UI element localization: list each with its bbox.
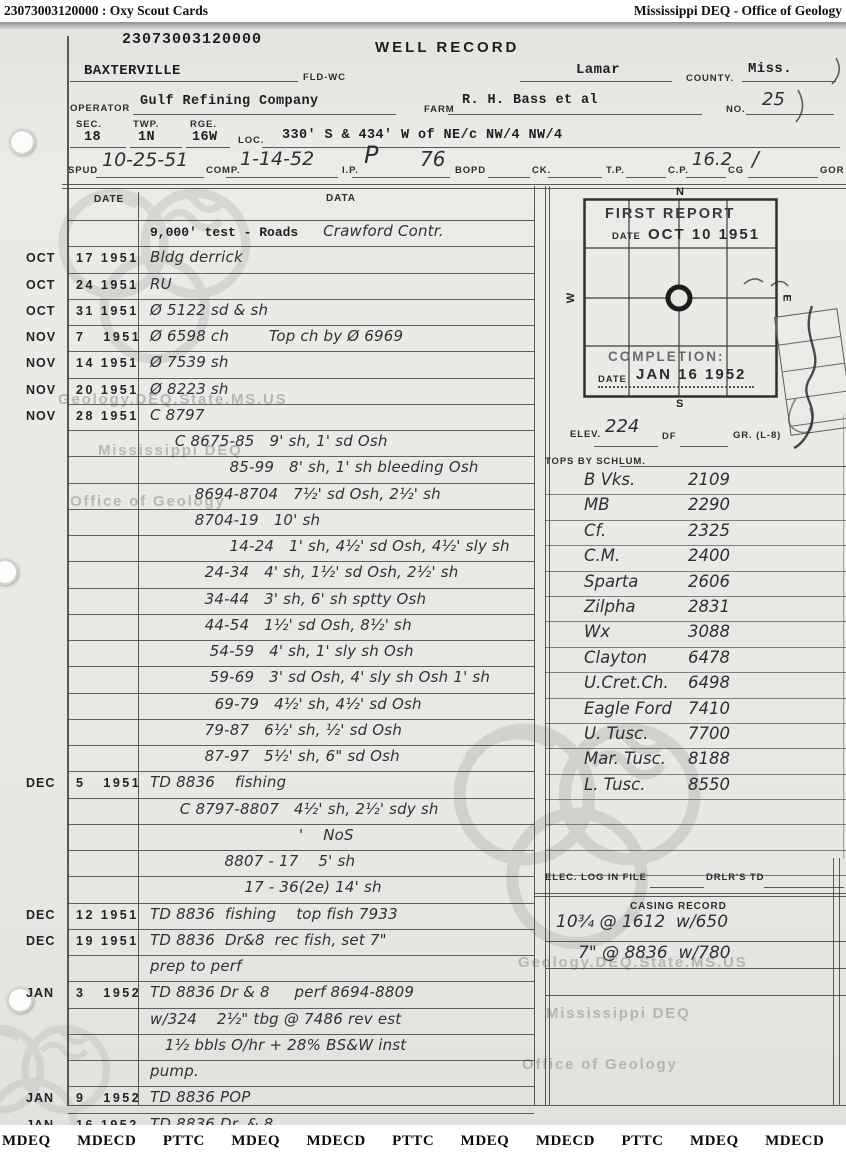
log-handwritten-text: TD 8836 fishing top fish 7933 [150,905,398,923]
formation-depth: 2109 [688,470,730,489]
ip-value: P [364,142,378,168]
log-month: JAN [26,986,76,1000]
first-report-date-label: DATE [612,231,641,242]
log-day-year: 5 1951 [76,776,141,790]
log-entry: TD 8836 Dr&8 rec fish, set 7" [150,930,534,950]
rule-line [96,177,204,178]
log-entry: 87-97 5½' sh, 6" sd Osh [150,746,534,766]
rule-line [546,995,846,996]
county-value: Lamar [576,62,620,78]
log-entry: RU [150,274,534,294]
first-report-stamp: FIRST REPORT [605,206,735,222]
log-handwritten-text: TD 8836 Dr & 8 perf 8694-8809 [150,983,414,1001]
log-entry: 59-69 3' sd Osh, 4' sly sh Osh 1' sh [150,667,534,687]
formation-tops-list: B Vks.2109 MB2290 Cf.2325 C.M.2400 Spart… [546,470,846,876]
spud-label: SPUD [68,165,98,176]
log-date-stamp: DEC12 1951 [26,908,139,922]
rule-line [62,184,846,185]
rule-line [680,446,728,447]
viewer-header: 23073003120000 : Oxy Scout Cards Mississ… [0,0,846,22]
log-entry: 8694-8704 7½' sd Osh, 2½' sh [150,484,534,504]
log-entry: Ø 7539 sh [150,352,534,372]
log-date-stamp [26,829,76,843]
loc-value: 330' S & 434' W of NE/c NW/4 NW/4 [282,128,563,143]
elev-value: 224 [605,417,639,437]
hole-punch [9,129,35,155]
tops-row: C.M.2400 [546,546,846,571]
log-entry: TD 8836 fishing [150,772,534,792]
log-handwritten-text: 17 - 36(2e) 14' sh [150,878,382,896]
log-month: DEC [26,908,76,922]
log-month: DEC [26,934,76,948]
card-left-border [67,36,69,1105]
log-handwritten-text: 69-79 4½' sh, 4½' sd Osh [150,695,422,713]
formation-name: U. Tusc. [584,724,688,743]
log-date-stamp [26,881,76,895]
log-month: NOV [26,383,76,397]
tops-row: Eagle Ford7410 [546,699,846,724]
log-handwritten-text: C 8675-85 9' sh, 1' sd Osh [150,432,388,450]
log-day-year: 24 1951 [76,278,139,292]
log-handwritten-text: 59-69 3' sd Osh, 4' sly sh Osh 1' sh [150,668,490,686]
formation-name: Cf. [584,521,688,540]
tops-row: Clayton6478 [546,648,846,673]
rule-line [352,177,450,178]
formation-name: Mar. Tusc. [584,749,688,768]
rge-value: 16W [192,130,218,145]
log-handwritten-text: 24-34 4' sh, 1½' sd Osh, 2½' sh [150,563,458,581]
compass-e: E [781,294,793,301]
log-date-stamp: NOV20 1951 [26,383,139,397]
formation-name: Wx [584,622,688,641]
tops-row [546,825,846,850]
log-month: NOV [26,356,76,370]
log-entry: 79-87 6½' sh, ½' sd Osh [150,720,534,740]
rule-line [62,188,846,189]
rule-line [746,114,834,115]
ip-label: I.P. [342,165,359,176]
formation-name: C.M. [584,546,688,565]
log-handwritten-text: 14-24 1' sh, 4½' sd Osh, 4½' sly sh [150,537,510,555]
tops-row: B Vks.2109 [546,470,846,495]
field-value: BAXTERVILLE [84,63,181,79]
log-date-stamp: OCT31 1951 [26,304,139,318]
well-location-symbol [668,287,690,309]
rule-line [70,147,126,148]
log-handwritten-text: RU [150,275,172,293]
well-no-label: NO. [726,104,746,115]
tops-row: U.Cret.Ch.6498 [546,673,846,698]
log-entry: C 8675-85 9' sh, 1' sd Osh [150,431,534,451]
log-handwritten-text: 79-87 6½' sh, ½' sd Osh [150,721,402,739]
rule-line [70,81,298,82]
rule-line [534,893,846,894]
rule-line [448,114,702,115]
log-entry: prep to perf [150,956,534,976]
df-label: DF [662,431,676,442]
log-date-stamp [26,566,76,580]
log-entry: 85-99 8' sh, 1' sh bleeding Osh [150,457,534,477]
formation-depth: 2325 [688,521,730,540]
log-handwritten-text: TD 8836 fishing [150,773,286,791]
log-date-header: DATE [94,194,124,205]
card-title: WELL RECORD [375,39,519,56]
sec-value: 18 [84,130,101,145]
compass-s: S [676,398,683,410]
log-handwritten-text: TD 8836 POP [150,1088,251,1106]
ip-rate: 76 [420,148,445,170]
formation-depth: 2606 [688,572,730,591]
log-handwritten-text: 8694-8704 7½' sd Osh, 2½' sh [150,485,441,503]
log-entry: Ø 6598 ch Top ch by Ø 6969 [150,326,534,346]
log-date-stamp [26,750,76,764]
rule-line [186,147,230,148]
log-day-year: 19 1951 [76,934,139,948]
log-month: OCT [26,251,76,265]
formation-depth: 7410 [688,699,730,718]
watermark-line: Mississippi DEQ [546,1005,748,1022]
log-entry: 9,000' test - Roads Crawford Contr. [150,221,534,241]
log-handwritten-text: 87-97 5½' sh, 6" sd Osh [150,747,400,765]
log-date-stamp [26,619,76,633]
log-entry: pump. [150,1061,534,1081]
twp-value: 1N [138,130,155,145]
tops-row: L. Tusc.8550 [546,775,846,800]
casing-record-label: CASING RECORD [630,901,727,912]
log-entry: 34-44 3' sh, 6' sh sptty Osh [150,589,534,609]
compass-n: N [676,186,684,198]
log-handwritten-text: Crawford Contr. [298,222,443,240]
tops-row [546,800,846,825]
operator-value: Gulf Refining Company [140,94,319,109]
log-handwritten-text: Ø 8223 sh [150,380,229,398]
log-handwritten-text: 54-59 4' sh, 1' sly sh Osh [150,642,414,660]
formation-name: Eagle Ford [584,699,688,718]
log-entry: TD 8836 fishing top fish 7933 [150,904,534,924]
cg-label: CG [728,165,744,176]
log-date-stamp: OCT24 1951 [26,278,139,292]
log-date-stamp: JAN9 1952 [26,1091,141,1105]
log-date-stamp [26,435,76,449]
rule-line [626,177,666,178]
first-report-date: OCT 10 1951 [648,226,760,243]
rule-line [748,177,818,178]
scanned-well-record-page: 23073003120000 : Oxy Scout Cards Mississ… [0,0,846,1156]
log-entry: 1½ bbls O/hr + 28% BS&W inst [150,1035,534,1055]
completion-date-underline [598,386,754,388]
log-day-year: 7 1951 [76,330,141,344]
log-handwritten-text: TD 8836 Dr&8 rec fish, set 7" [150,931,387,949]
log-day-year: 3 1952 [76,986,141,1000]
log-day-year: 17 1951 [76,251,139,265]
rule-line [488,177,530,178]
formation-depth: 2400 [688,546,730,565]
rule-line [226,177,338,178]
log-date-stamp [26,645,76,659]
log-handwritten-text: w/324 2½" tbg @ 7486 rev est [150,1010,401,1028]
tops-row: U. Tusc.7700 [546,724,846,749]
rule-line [130,147,182,148]
rule-line [686,177,726,178]
rule-line [764,887,844,888]
formation-name: B Vks. [584,470,688,489]
formation-depth: 2831 [688,597,730,616]
log-entry: ' NoS [150,825,534,845]
log-handwritten-text: Ø 7539 sh [150,353,229,371]
log-month: NOV [26,330,76,344]
rule-line [534,896,846,897]
viewer-title-left: 23073003120000 : Oxy Scout Cards [4,3,208,19]
log-date-stamp [26,960,76,974]
formation-name: Sparta [584,572,688,591]
completion-stamp: COMPLETION: [608,349,725,364]
rule-line [133,114,396,115]
footer-text: MDEQ MDECD PTTC MDEQ MDECD PTTC MDEQ MDE… [2,1133,846,1150]
log-handwritten-text: Ø 6598 ch Top ch by Ø 6969 [150,327,403,345]
log-entry: Ø 5122 sd & sh [150,300,534,320]
sec-label: SEC. [76,119,102,130]
log-entry: Bldg derrick [150,247,534,267]
log-handwritten-text: 8807 - 17 5' sh [150,852,355,870]
formation-name: L. Tusc. [584,775,688,794]
log-entry: 8704-19 10' sh [150,510,534,530]
twp-label: TWP. [133,119,159,130]
card-bottom-rule [67,1105,846,1106]
loc-label: LOC. [238,135,264,146]
log-handwritten-text: 1½ bbls O/hr + 28% BS&W inst [150,1036,406,1054]
log-month: OCT [26,278,76,292]
rule-line [594,446,658,447]
rule-line [620,466,846,467]
rule-line [548,177,602,178]
formation-depth: 6478 [688,648,730,667]
log-entry: 14-24 1' sh, 4½' sd Osh, 4½' sly sh [150,536,534,556]
log-month: NOV [26,409,76,423]
formation-name: U.Cret.Ch. [584,673,688,692]
log-handwritten-text: ' NoS [150,826,354,844]
log-date-stamp [26,1065,76,1079]
log-date-stamp [26,225,76,239]
log-entry: C 8797 [150,405,534,425]
log-date-stamp [26,488,76,502]
log-handwritten-text: 44-54 1½' sd Osh, 8½' sh [150,616,412,634]
comp-label: COMP. [206,165,240,176]
cg-value: / [752,148,759,170]
tops-row: Wx3088 [546,622,846,647]
log-day-year: 14 1951 [76,356,139,370]
log-date-stamp [26,1039,76,1053]
casing-line-2: 7" @ 8836 w/780 [578,944,731,963]
tops-row: Cf.2325 [546,521,846,546]
log-date-stamp [26,698,76,712]
gor-label: GOR [820,165,844,176]
operator-label: OPERATOR [70,103,130,114]
log-handwritten-text: prep to perf [150,957,242,975]
rule-line [546,941,846,942]
elev-label: ELEV. [570,429,601,440]
compass-w: W [565,293,577,303]
formation-depth: 3088 [688,622,730,641]
state-value: Miss. [748,61,792,77]
spud-value: 10-25-51 [102,150,188,171]
log-date-stamp [26,803,76,817]
farm-value: R. H. Bass et al [462,93,598,108]
formation-name: Zilpha [584,597,688,616]
drlrs-td-label: DRLR'S TD [706,872,764,883]
tops-row: MB2290 [546,495,846,520]
log-handwritten-text: 34-44 3' sh, 6' sh sptty Osh [150,590,426,608]
viewer-title-right: Mississippi DEQ - Office of Geology [634,3,842,19]
date-column-divider [138,192,139,1105]
api-number-stamp: 23073003120000 [122,31,262,48]
elec-log-label: ELEC. LOG IN FILE [545,872,647,883]
log-typed-text: 9,000' test - Roads [150,225,298,240]
log-entry: Ø 8223 sh [150,379,534,399]
completion-date-label: DATE [598,374,627,385]
log-date-stamp [26,514,76,528]
log-entry: 54-59 4' sh, 1' sly sh Osh [150,641,534,661]
log-handwritten-text: 85-99 8' sh, 1' sh bleeding Osh [150,458,479,476]
log-entry: 17 - 36(2e) 14' sh [150,877,534,897]
log-handwritten-text: C 8797 [150,406,205,424]
log-date-stamp: OCT17 1951 [26,251,139,265]
formation-depth: 2290 [688,495,730,514]
log-date-stamp [26,671,76,685]
log-day-year: 9 1952 [76,1091,141,1105]
log-handwritten-text: C 8797-8807 4½' sh, 2½' sdy sh [150,800,439,818]
log-handwritten-text: Bldg derrick [150,248,243,266]
completion-date: JAN 16 1952 [636,366,746,383]
rule-line [520,81,672,82]
formation-depth: 8188 [688,749,730,768]
log-entry: C 8797-8807 4½' sh, 2½' sdy sh [150,799,534,819]
log-day-year: 20 1951 [76,383,139,397]
log-month: DEC [26,776,76,790]
log-date-stamp: DEC19 1951 [26,934,139,948]
bopd-label: BOPD [455,165,486,176]
log-entry: 8807 - 17 5' sh [150,851,534,871]
ck-label: CK. [532,165,551,176]
formation-depth: 7700 [688,724,730,743]
gr-label: GR. (L-8) [733,430,781,441]
log-month: JAN [26,1091,76,1105]
log-date-stamp: DEC5 1951 [26,776,141,790]
log-handwritten-text: pump. [150,1062,199,1080]
watermark-line: Office of Geology [522,1056,748,1073]
log-date-stamp [26,855,76,869]
log-entry: w/324 2½" tbg @ 7486 rev est [150,1009,534,1029]
log-date-stamp [26,540,76,554]
tops-row: Mar. Tusc.8188 [546,749,846,774]
well-no-value: 25 [762,90,785,110]
log-handwritten-text: 8704-19 10' sh [150,511,320,529]
fldwc-label: FLD-WC [303,72,346,83]
formation-depth: 8550 [688,775,730,794]
tops-row: Zilpha2831 [546,597,846,622]
log-month: OCT [26,304,76,318]
formation-depth: 6498 [688,673,730,692]
log-date-stamp: NOV7 1951 [26,330,141,344]
tp-label: T.P. [606,165,625,176]
log-date-stamp [26,461,76,475]
footer-stamp-row: MDEQ MDECD PTTC MDEQ MDECD PTTC MDEQ MDE… [0,1125,846,1156]
log-day-year: 31 1951 [76,304,139,318]
tops-row: Sparta2606 [546,572,846,597]
log-entry: TD 8836 Dr & 8 perf 8694-8809 [150,982,534,1002]
formation-name: Clayton [584,648,688,667]
log-data-header: DATA [326,193,356,204]
log-date-stamp [26,593,76,607]
cp-value: 16.2 [692,150,732,170]
log-date-stamp: NOV14 1951 [26,356,139,370]
log-date-stamp: JAN3 1952 [26,986,141,1000]
formation-name: MB [584,495,688,514]
log-date-stamp [26,1013,76,1027]
casing-line-1: 10¾ @ 1612 w/650 [556,913,728,932]
log-handwritten-text: Ø 5122 sd & sh [150,301,268,319]
rule-line [742,81,836,82]
log-entry: 44-54 1½' sd Osh, 8½' sh [150,615,534,635]
log-entry: 24-34 4' sh, 1½' sd Osh, 2½' sh [150,562,534,582]
data-column-border [534,186,535,1105]
comp-value: 1-14-52 [240,149,314,170]
log-date-stamp: NOV28 1951 [26,409,139,423]
log-entry: 69-79 4½' sh, 4½' sd Osh [150,694,534,714]
rge-label: RGE. [190,119,217,130]
cp-label: C.P. [668,165,689,176]
log-day-year: 12 1951 [76,908,139,922]
rule-line [546,968,846,969]
rule-line [650,887,704,888]
log-day-year: 28 1951 [76,409,139,423]
county-label: COUNTY. [686,73,734,84]
log-date-stamp [26,724,76,738]
